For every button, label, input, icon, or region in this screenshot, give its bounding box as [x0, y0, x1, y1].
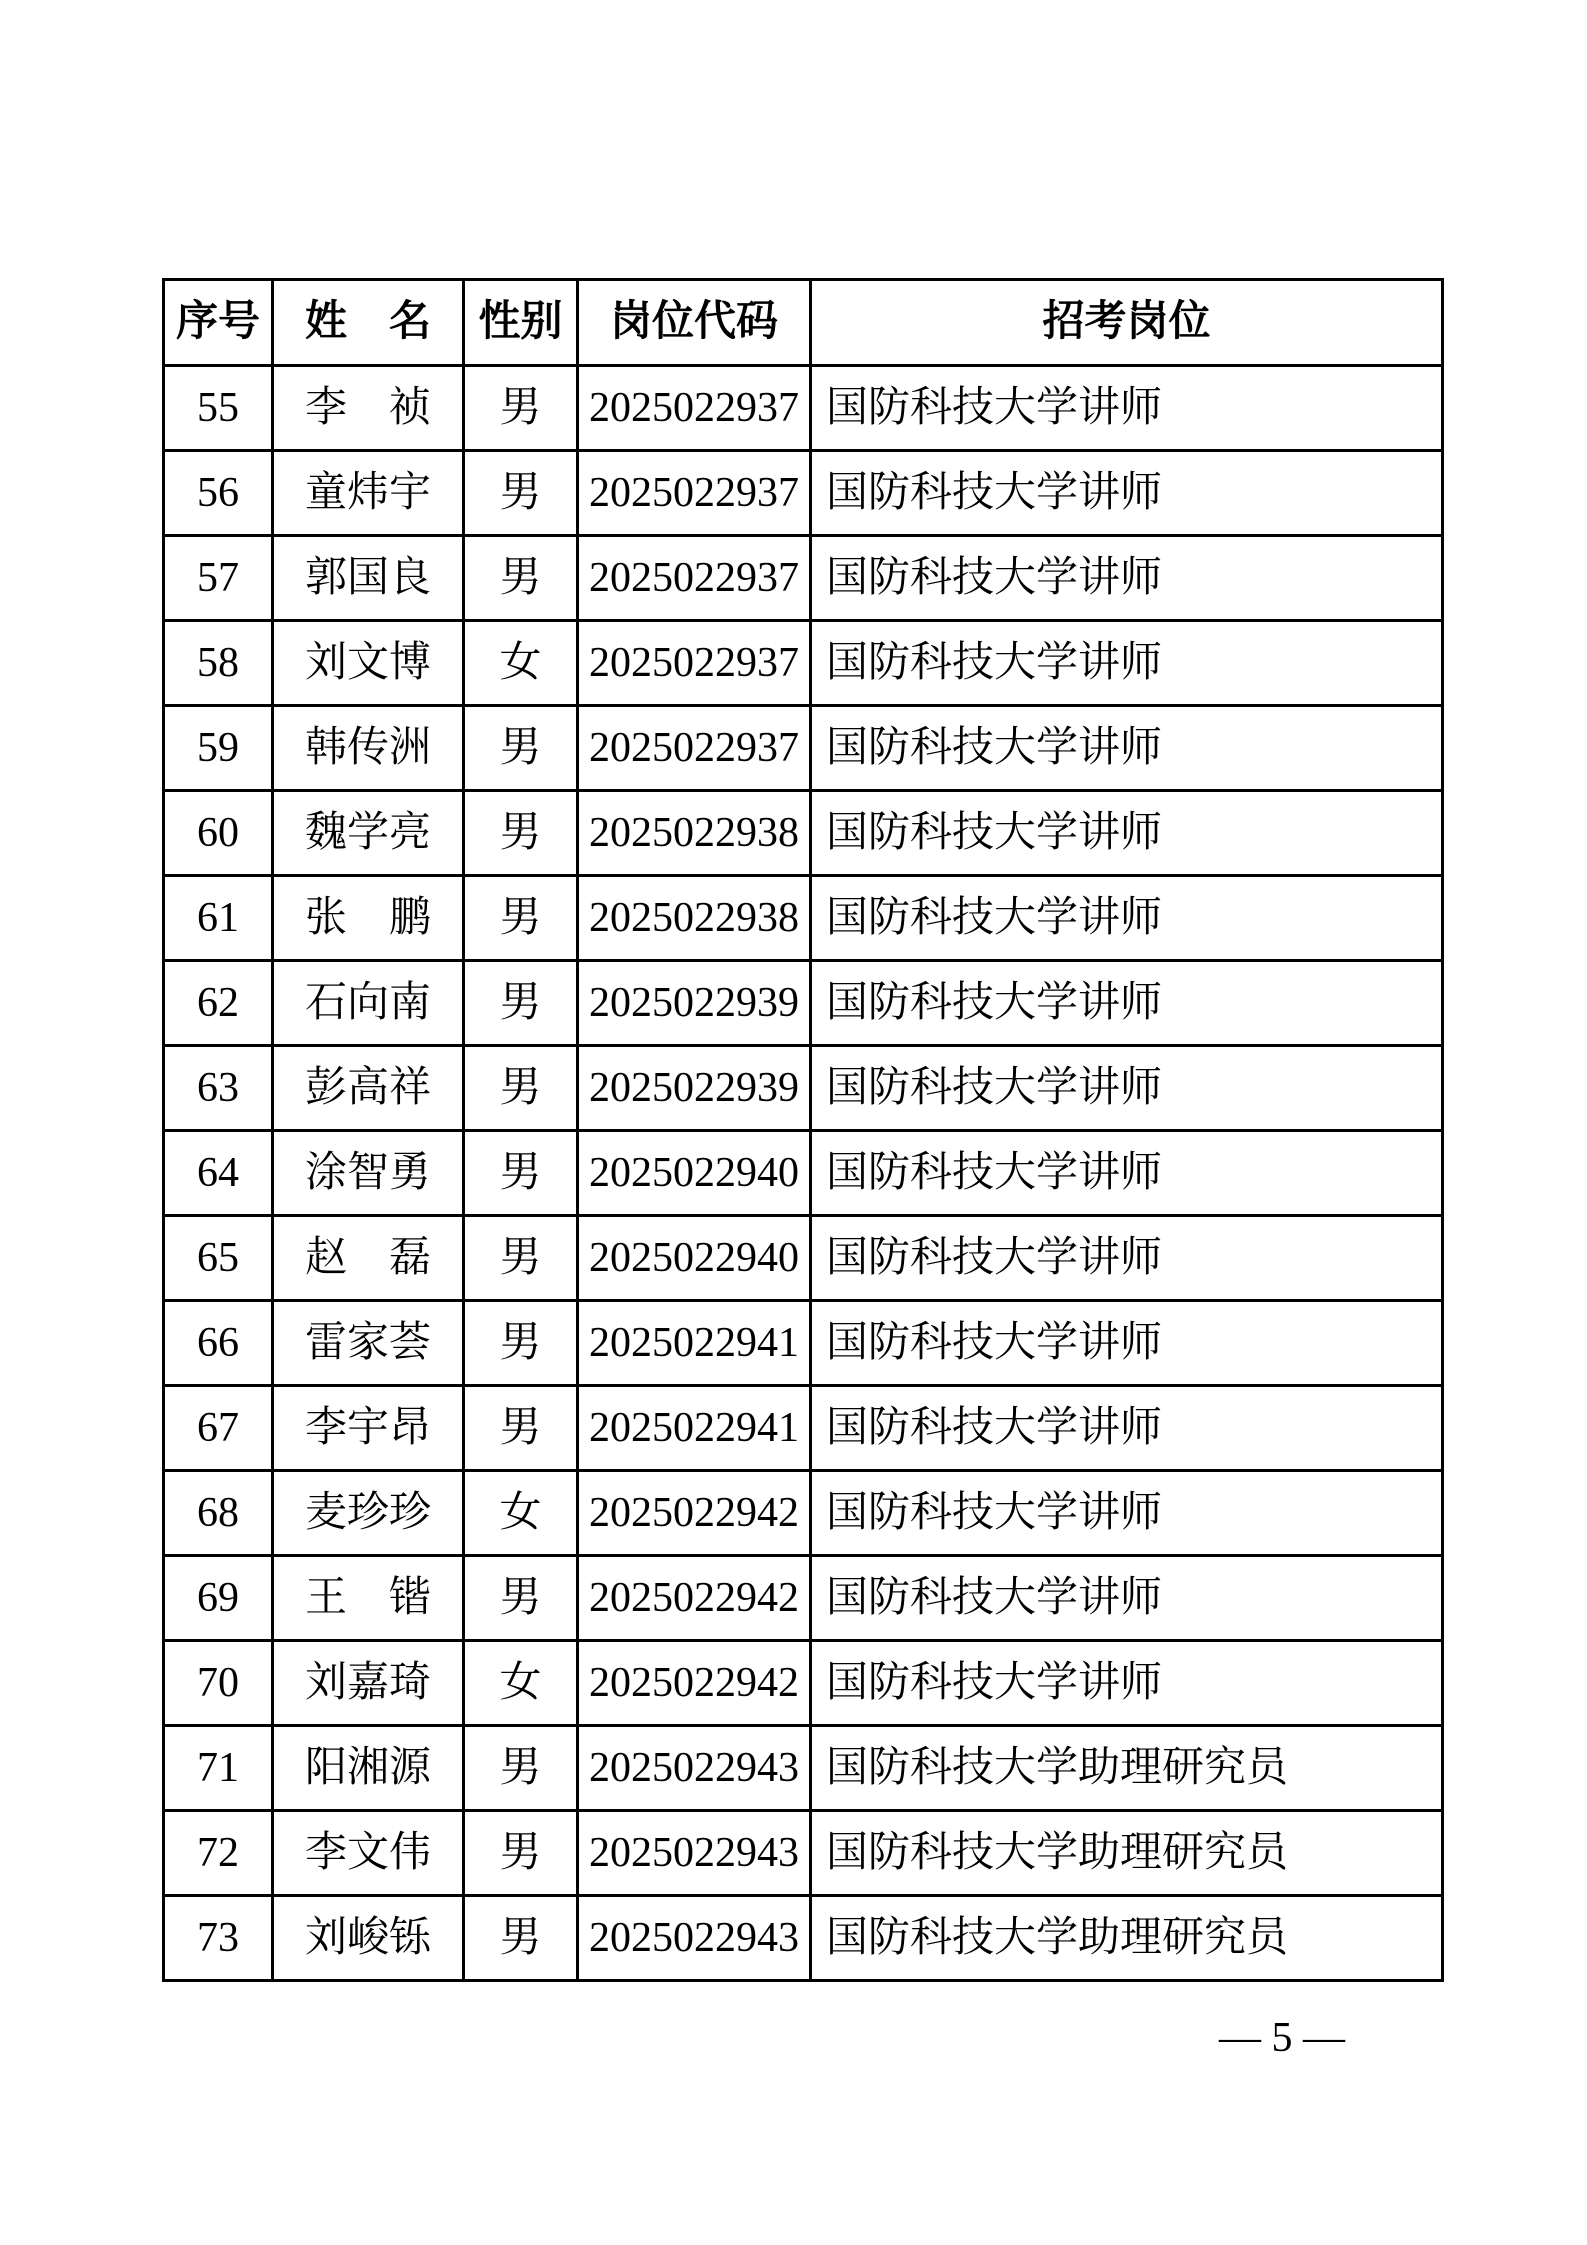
table-row: 56童炜宇男2025022937国防科技大学讲师 — [164, 451, 1443, 536]
document-page: 序号 姓 名 性别 岗位代码 招考岗位 55李 祯男2025022937国防科技… — [0, 0, 1587, 2245]
cell-code: 2025022938 — [578, 791, 811, 876]
cell-name: 李 祯 — [273, 366, 464, 451]
table-row: 72李文伟男2025022943国防科技大学助理研究员 — [164, 1811, 1443, 1896]
cell-gender: 男 — [464, 1896, 578, 1981]
cell-gender: 男 — [464, 961, 578, 1046]
cell-name: 王 锴 — [273, 1556, 464, 1641]
cell-position: 国防科技大学讲师 — [811, 1216, 1443, 1301]
cell-code: 2025022940 — [578, 1131, 811, 1216]
cell-no: 62 — [164, 961, 273, 1046]
table-row: 60魏学亮男2025022938国防科技大学讲师 — [164, 791, 1443, 876]
cell-code: 2025022943 — [578, 1726, 811, 1811]
cell-name: 魏学亮 — [273, 791, 464, 876]
cell-position: 国防科技大学讲师 — [811, 1046, 1443, 1131]
cell-name: 刘文博 — [273, 621, 464, 706]
cell-name: 李文伟 — [273, 1811, 464, 1896]
cell-position: 国防科技大学讲师 — [811, 961, 1443, 1046]
cell-name: 郭国良 — [273, 536, 464, 621]
cell-name: 李宇昂 — [273, 1386, 464, 1471]
cell-position: 国防科技大学助理研究员 — [811, 1726, 1443, 1811]
cell-position: 国防科技大学讲师 — [811, 536, 1443, 621]
cell-position: 国防科技大学助理研究员 — [811, 1811, 1443, 1896]
cell-position: 国防科技大学讲师 — [811, 706, 1443, 791]
cell-name: 涂智勇 — [273, 1131, 464, 1216]
table-row: 66雷家荟男2025022941国防科技大学讲师 — [164, 1301, 1443, 1386]
cell-no: 65 — [164, 1216, 273, 1301]
cell-position: 国防科技大学讲师 — [811, 791, 1443, 876]
cell-position: 国防科技大学讲师 — [811, 1301, 1443, 1386]
cell-name: 石向南 — [273, 961, 464, 1046]
cell-code: 2025022937 — [578, 366, 811, 451]
table-row: 61张 鹏男2025022938国防科技大学讲师 — [164, 876, 1443, 961]
cell-code: 2025022942 — [578, 1556, 811, 1641]
cell-name: 刘嘉琦 — [273, 1641, 464, 1726]
table-row: 64涂智勇男2025022940国防科技大学讲师 — [164, 1131, 1443, 1216]
cell-position: 国防科技大学助理研究员 — [811, 1896, 1443, 1981]
table-row: 73刘峻铄男2025022943国防科技大学助理研究员 — [164, 1896, 1443, 1981]
roster-table: 序号 姓 名 性别 岗位代码 招考岗位 55李 祯男2025022937国防科技… — [162, 278, 1444, 1982]
cell-code: 2025022937 — [578, 451, 811, 536]
cell-gender: 男 — [464, 1046, 578, 1131]
cell-code: 2025022943 — [578, 1811, 811, 1896]
cell-no: 56 — [164, 451, 273, 536]
cell-code: 2025022937 — [578, 621, 811, 706]
cell-position: 国防科技大学讲师 — [811, 366, 1443, 451]
cell-name: 韩传洲 — [273, 706, 464, 791]
page-number: — 5 — — [1082, 2012, 1482, 2064]
cell-code: 2025022937 — [578, 706, 811, 791]
cell-no: 55 — [164, 366, 273, 451]
table-row: 67李宇昂男2025022941国防科技大学讲师 — [164, 1386, 1443, 1471]
cell-gender: 男 — [464, 791, 578, 876]
header-cell-position: 招考岗位 — [811, 280, 1443, 366]
cell-gender: 男 — [464, 876, 578, 961]
cell-code: 2025022939 — [578, 961, 811, 1046]
cell-gender: 男 — [464, 366, 578, 451]
cell-name: 童炜宇 — [273, 451, 464, 536]
cell-no: 58 — [164, 621, 273, 706]
cell-gender: 男 — [464, 1726, 578, 1811]
cell-name: 赵 磊 — [273, 1216, 464, 1301]
cell-no: 66 — [164, 1301, 273, 1386]
cell-position: 国防科技大学讲师 — [811, 1556, 1443, 1641]
cell-no: 71 — [164, 1726, 273, 1811]
header-row: 序号 姓 名 性别 岗位代码 招考岗位 — [164, 280, 1443, 366]
cell-code: 2025022937 — [578, 536, 811, 621]
cell-no: 59 — [164, 706, 273, 791]
cell-gender: 女 — [464, 621, 578, 706]
cell-no: 69 — [164, 1556, 273, 1641]
header-cell-code: 岗位代码 — [578, 280, 811, 366]
cell-no: 64 — [164, 1131, 273, 1216]
table-row: 59韩传洲男2025022937国防科技大学讲师 — [164, 706, 1443, 791]
cell-position: 国防科技大学讲师 — [811, 876, 1443, 961]
header-cell-gender: 性别 — [464, 280, 578, 366]
header-cell-no: 序号 — [164, 280, 273, 366]
table-row: 63彭高祥男2025022939国防科技大学讲师 — [164, 1046, 1443, 1131]
cell-name: 阳湘源 — [273, 1726, 464, 1811]
table-row: 62石向南男2025022939国防科技大学讲师 — [164, 961, 1443, 1046]
cell-code: 2025022938 — [578, 876, 811, 961]
cell-no: 63 — [164, 1046, 273, 1131]
cell-no: 70 — [164, 1641, 273, 1726]
cell-code: 2025022943 — [578, 1896, 811, 1981]
cell-gender: 男 — [464, 451, 578, 536]
cell-no: 73 — [164, 1896, 273, 1981]
cell-name: 雷家荟 — [273, 1301, 464, 1386]
table-row: 70刘嘉琦女2025022942国防科技大学讲师 — [164, 1641, 1443, 1726]
header-cell-name: 姓 名 — [273, 280, 464, 366]
cell-name: 麦珍珍 — [273, 1471, 464, 1556]
cell-code: 2025022942 — [578, 1471, 811, 1556]
table-row: 65赵 磊男2025022940国防科技大学讲师 — [164, 1216, 1443, 1301]
cell-gender: 男 — [464, 1131, 578, 1216]
cell-gender: 男 — [464, 1386, 578, 1471]
cell-gender: 女 — [464, 1471, 578, 1556]
cell-name: 刘峻铄 — [273, 1896, 464, 1981]
table-row: 68麦珍珍女2025022942国防科技大学讲师 — [164, 1471, 1443, 1556]
cell-position: 国防科技大学讲师 — [811, 1131, 1443, 1216]
cell-code: 2025022941 — [578, 1386, 811, 1471]
cell-name: 张 鹏 — [273, 876, 464, 961]
table-row: 55李 祯男2025022937国防科技大学讲师 — [164, 366, 1443, 451]
table-row: 69王 锴男2025022942国防科技大学讲师 — [164, 1556, 1443, 1641]
cell-position: 国防科技大学讲师 — [811, 451, 1443, 536]
cell-no: 72 — [164, 1811, 273, 1896]
cell-no: 57 — [164, 536, 273, 621]
cell-position: 国防科技大学讲师 — [811, 621, 1443, 706]
cell-name: 彭高祥 — [273, 1046, 464, 1131]
cell-gender: 女 — [464, 1641, 578, 1726]
cell-code: 2025022942 — [578, 1641, 811, 1726]
cell-gender: 男 — [464, 706, 578, 791]
cell-no: 60 — [164, 791, 273, 876]
cell-gender: 男 — [464, 536, 578, 621]
cell-code: 2025022941 — [578, 1301, 811, 1386]
table-header: 序号 姓 名 性别 岗位代码 招考岗位 — [164, 280, 1443, 366]
cell-gender: 男 — [464, 1811, 578, 1896]
table-row: 58刘文博女2025022937国防科技大学讲师 — [164, 621, 1443, 706]
cell-no: 68 — [164, 1471, 273, 1556]
cell-position: 国防科技大学讲师 — [811, 1386, 1443, 1471]
cell-code: 2025022940 — [578, 1216, 811, 1301]
cell-code: 2025022939 — [578, 1046, 811, 1131]
cell-no: 67 — [164, 1386, 273, 1471]
table-row: 71阳湘源男2025022943国防科技大学助理研究员 — [164, 1726, 1443, 1811]
cell-gender: 男 — [464, 1216, 578, 1301]
cell-gender: 男 — [464, 1301, 578, 1386]
cell-position: 国防科技大学讲师 — [811, 1471, 1443, 1556]
table-row: 57郭国良男2025022937国防科技大学讲师 — [164, 536, 1443, 621]
cell-position: 国防科技大学讲师 — [811, 1641, 1443, 1726]
cell-no: 61 — [164, 876, 273, 961]
cell-gender: 男 — [464, 1556, 578, 1641]
table-body: 55李 祯男2025022937国防科技大学讲师56童炜宇男2025022937… — [164, 366, 1443, 1981]
